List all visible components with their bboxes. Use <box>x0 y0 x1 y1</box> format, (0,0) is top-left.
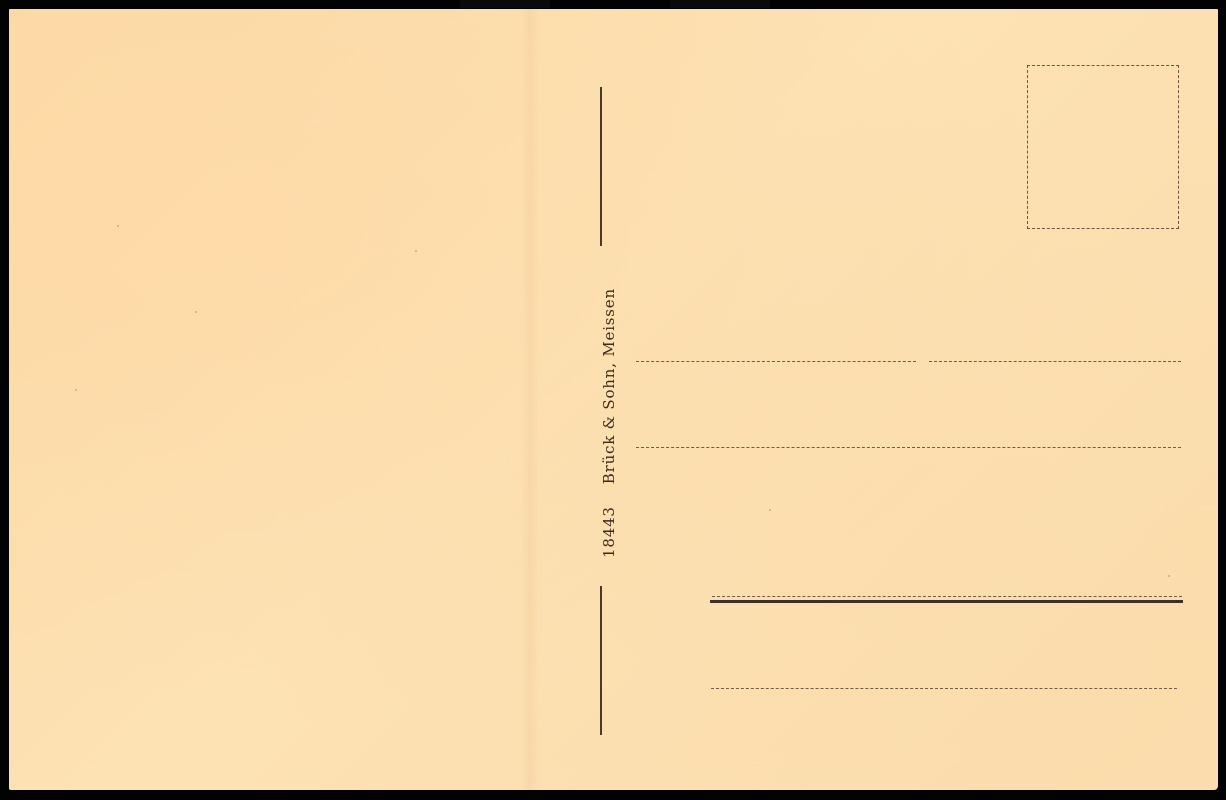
paper-speck <box>1168 575 1170 577</box>
paper-speck <box>415 250 417 252</box>
stamp-box <box>1027 65 1179 229</box>
scan-edge-artifact <box>670 0 770 8</box>
paper-speck <box>769 509 771 511</box>
center-divider-bottom <box>600 586 602 735</box>
address-line-3-guide <box>712 596 1182 597</box>
publisher-imprint: 18443Brück & Sohn, Meissen <box>600 288 618 558</box>
publisher-name: Brück & Sohn, Meissen <box>600 288 618 484</box>
address-line-2 <box>636 447 1181 448</box>
address-line-1b <box>929 361 1181 362</box>
card-number: 18443 <box>600 506 618 558</box>
postcard-scan: 18443Brück & Sohn, Meissen <box>0 0 1226 800</box>
scan-edge-artifact <box>460 0 550 8</box>
paper-speck <box>75 389 77 391</box>
address-line-4 <box>711 688 1177 689</box>
address-line-1a <box>636 361 916 362</box>
center-divider-top <box>600 87 602 246</box>
paper-fold-shading <box>521 9 539 790</box>
address-line-3-solid <box>710 600 1183 603</box>
paper-speck <box>117 225 119 227</box>
paper-speck <box>195 311 197 313</box>
postcard-back: 18443Brück & Sohn, Meissen <box>9 9 1218 790</box>
